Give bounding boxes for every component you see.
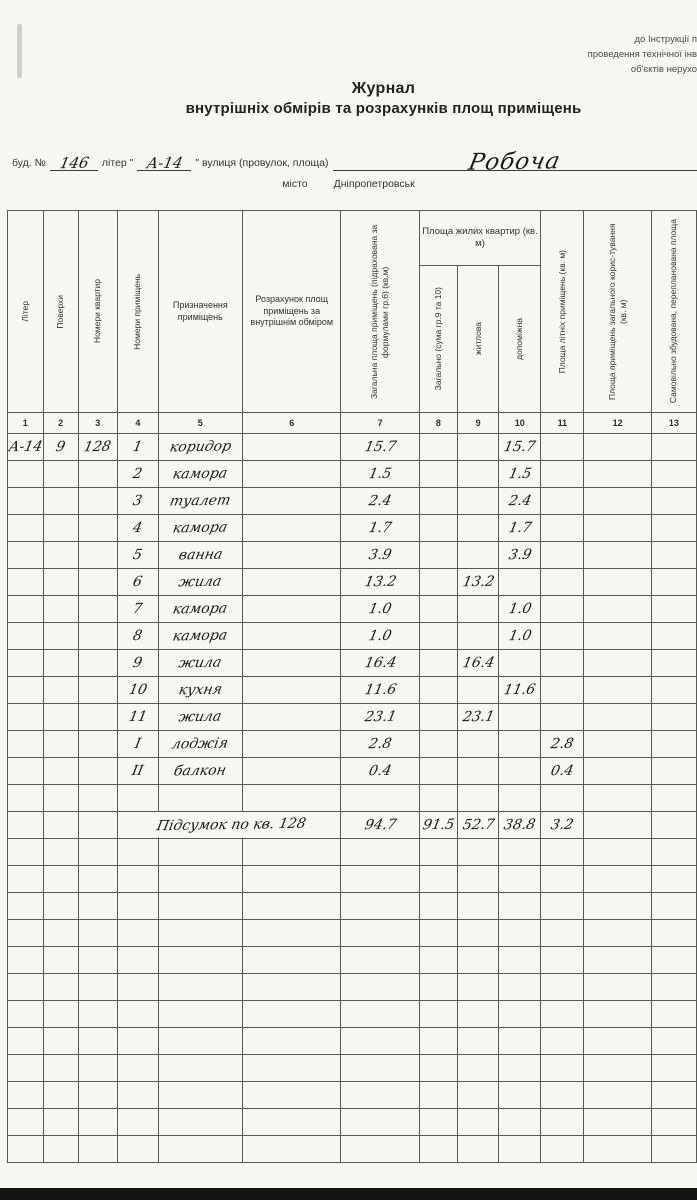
table-cell [78, 596, 117, 623]
table-cell [43, 1028, 78, 1055]
table-cell [118, 785, 159, 812]
table-cell [8, 677, 44, 704]
table-cell [243, 893, 341, 920]
table-cell [499, 920, 541, 947]
table-cell [457, 488, 498, 515]
table-cell: 23.1 [341, 704, 419, 731]
table-cell [243, 1082, 341, 1109]
table-cell: 3 [118, 488, 159, 515]
table-cell: 9 [43, 434, 78, 461]
table-cell [541, 434, 584, 461]
table-cell [78, 623, 117, 650]
table-row: 4камора1.71.7 [8, 515, 697, 542]
table-cell [419, 758, 457, 785]
table-cell [457, 596, 498, 623]
table-cell: 11 [118, 704, 159, 731]
table-cell [499, 1109, 541, 1136]
handwritten-value: 23.1 [461, 709, 495, 726]
table-cell [243, 785, 341, 812]
table-cell [43, 1109, 78, 1136]
handwritten-value: 0.4 [367, 763, 392, 779]
table-cell [118, 1109, 159, 1136]
table-cell [584, 947, 651, 974]
handwritten-value: 128 [83, 439, 113, 455]
column-group-header: Площа жилих квартир (кв. м) [419, 211, 540, 266]
blank-row [8, 947, 697, 974]
table-cell [419, 542, 457, 569]
table-cell: І [118, 731, 159, 758]
table-cell [8, 812, 44, 839]
table-cell [419, 947, 457, 974]
table-cell [8, 785, 44, 812]
table-cell [651, 461, 696, 488]
table-cell [158, 1001, 242, 1028]
table-cell [341, 947, 419, 974]
table-cell [499, 758, 541, 785]
table-cell [584, 920, 651, 947]
table-cell [419, 731, 457, 758]
table-cell [499, 1136, 541, 1163]
table-cell [419, 569, 457, 596]
table-cell [158, 920, 242, 947]
column-number-11: 11 [541, 413, 584, 434]
table-cell: 3.9 [499, 542, 541, 569]
table-cell [419, 839, 457, 866]
table-cell [243, 866, 341, 893]
table-cell [651, 542, 696, 569]
table-cell [584, 596, 651, 623]
table-cell [584, 515, 651, 542]
table-cell: 9 [118, 650, 159, 677]
table-cell: 8 [118, 623, 159, 650]
table-cell [499, 947, 541, 974]
table-cell [457, 758, 498, 785]
column-header-9: житлова [457, 266, 498, 413]
table-cell: 2.8 [541, 731, 584, 758]
table-cell [541, 866, 584, 893]
table-row: ІІбалкон0.40.4 [8, 758, 697, 785]
table-cell [651, 920, 696, 947]
handwritten-value: 1.0 [367, 601, 392, 617]
handwritten-value: 16.4 [363, 655, 397, 672]
handwritten-value: коридор [168, 438, 232, 455]
table-cell [419, 785, 457, 812]
table-cell [419, 1001, 457, 1028]
table-cell [158, 974, 242, 1001]
column-header-10: допоміжна [499, 266, 541, 413]
table-row: 3туалет2.42.4 [8, 488, 697, 515]
column-header-1: Літер [8, 211, 44, 413]
column-number-4: 4 [118, 413, 159, 434]
table-cell [457, 677, 498, 704]
table-cell [43, 569, 78, 596]
table-cell [584, 866, 651, 893]
table-cell [118, 1082, 159, 1109]
table-cell [457, 1082, 498, 1109]
table-cell [541, 596, 584, 623]
table-cell [158, 1136, 242, 1163]
table-row: 7камора1.01.0 [8, 596, 697, 623]
table-cell: 6 [118, 569, 159, 596]
blank-row [8, 893, 697, 920]
table-cell [118, 893, 159, 920]
table-cell: 23.1 [457, 704, 498, 731]
table-cell [419, 704, 457, 731]
table-cell: коридор [158, 434, 242, 461]
table-cell [541, 542, 584, 569]
column-header-label-11: Площа літніх приміщень (кв. м) [557, 250, 568, 373]
handwritten-value: 11.6 [503, 682, 537, 699]
handwritten-value: 2.8 [550, 736, 575, 752]
table-cell: 11.6 [499, 677, 541, 704]
handwritten-value: 0.4 [550, 763, 575, 779]
table-cell [8, 1136, 44, 1163]
table-row: Ілоджія2.82.8 [8, 731, 697, 758]
table-cell [78, 758, 117, 785]
handwritten-value: 1.0 [367, 628, 392, 644]
table-cell: 38.8 [499, 812, 541, 839]
table-cell [341, 974, 419, 1001]
table-cell [499, 731, 541, 758]
column-header-11: Площа літніх приміщень (кв. м) [541, 211, 584, 413]
column-header-label-6: Розрахунок площ приміщень за внутрішнім … [243, 292, 340, 331]
table-cell [651, 731, 696, 758]
table-cell [78, 920, 117, 947]
table-cell [243, 1109, 341, 1136]
table-cell [78, 1001, 117, 1028]
table-cell [78, 839, 117, 866]
table-cell [341, 1136, 419, 1163]
table-cell [584, 839, 651, 866]
table-cell [243, 623, 341, 650]
table-cell [651, 1109, 696, 1136]
table-cell [541, 623, 584, 650]
table-cell [584, 461, 651, 488]
table-cell [541, 920, 584, 947]
liter-label: літер " [98, 157, 137, 171]
table-cell [243, 758, 341, 785]
table-cell: жила [158, 704, 242, 731]
table-cell [43, 542, 78, 569]
table-cell [499, 785, 541, 812]
handwritten-value: 10 [127, 682, 148, 698]
handwritten-value: камора [172, 466, 229, 483]
summary-label-text: Підсумок по кв. 128 [152, 816, 307, 835]
table-cell [118, 1136, 159, 1163]
table-cell [457, 1001, 498, 1028]
building-number-label: буд. № [8, 157, 50, 171]
table-cell [541, 650, 584, 677]
table-cell [243, 920, 341, 947]
table-cell [243, 1055, 341, 1082]
table-cell: 15.7 [341, 434, 419, 461]
table-cell [457, 866, 498, 893]
table-cell: камора [158, 461, 242, 488]
column-number-5: 5 [158, 413, 242, 434]
table-cell: 1.0 [499, 623, 541, 650]
table-cell [651, 596, 696, 623]
table-cell: жила [158, 569, 242, 596]
table-cell [457, 434, 498, 461]
table-cell: 13.2 [457, 569, 498, 596]
liter-field: А-14 [137, 152, 191, 171]
column-header-3: Номери квартир [78, 211, 117, 413]
table-cell [341, 893, 419, 920]
table-cell [158, 1082, 242, 1109]
table-cell [457, 947, 498, 974]
table-cell [8, 569, 44, 596]
table-cell [43, 866, 78, 893]
street-value: Робоча [466, 148, 563, 176]
summary-label: Підсумок по кв. 128 [118, 812, 341, 839]
handwritten-value: 91.5 [421, 817, 455, 834]
table-cell [457, 893, 498, 920]
table-cell [243, 515, 341, 542]
handwritten-value: 1.7 [507, 520, 532, 536]
table-cell: 3.9 [341, 542, 419, 569]
table-cell [43, 1082, 78, 1109]
table-cell [118, 920, 159, 947]
column-header-label-7: Загальна площа приміщень (підрахована за… [369, 218, 391, 406]
handwritten-value: 11.6 [363, 682, 397, 699]
table-cell [341, 1082, 419, 1109]
table-cell [457, 1028, 498, 1055]
table-cell [499, 839, 541, 866]
handwritten-value: 2.4 [367, 493, 392, 509]
column-number-1: 1 [8, 413, 44, 434]
table-cell [43, 1055, 78, 1082]
column-number-10: 10 [499, 413, 541, 434]
table-cell [8, 1109, 44, 1136]
table-cell [651, 650, 696, 677]
table-cell [457, 1136, 498, 1163]
table-cell [8, 731, 44, 758]
column-header-label-10: допоміжна [514, 318, 525, 360]
table-cell [651, 839, 696, 866]
table-cell [541, 974, 584, 1001]
blank-row [8, 785, 697, 812]
table-cell [584, 488, 651, 515]
handwritten-value: ІІ [131, 763, 145, 779]
column-header-label-13: Самовільно збудована, перепланована площ… [668, 219, 679, 403]
table-cell: 1.5 [341, 461, 419, 488]
column-number-3: 3 [78, 413, 117, 434]
handwritten-value: 9 [55, 439, 67, 455]
table-cell [8, 893, 44, 920]
table-cell [158, 866, 242, 893]
column-number-12: 12 [584, 413, 651, 434]
table-cell [78, 1028, 117, 1055]
handwritten-value: 3.2 [550, 817, 575, 833]
city-line: містоДніпропетровськ [0, 178, 697, 190]
handwritten-value: 52.7 [461, 817, 495, 834]
table-cell [43, 650, 78, 677]
blank-row [8, 920, 697, 947]
table-cell [457, 542, 498, 569]
table-cell [499, 866, 541, 893]
table-cell [8, 866, 44, 893]
handwritten-value: 2.4 [507, 493, 532, 509]
table-cell [584, 1109, 651, 1136]
table-cell [341, 1109, 419, 1136]
blank-row [8, 1109, 697, 1136]
handwritten-value: 6 [132, 574, 144, 590]
handwritten-value: 11 [127, 709, 148, 725]
table-cell [419, 866, 457, 893]
table-cell [158, 1109, 242, 1136]
table-cell [419, 1055, 457, 1082]
table-cell [243, 488, 341, 515]
handwritten-value: кухня [177, 682, 223, 699]
table-cell [541, 893, 584, 920]
table-cell [457, 839, 498, 866]
table-cell [43, 839, 78, 866]
table-cell [243, 731, 341, 758]
table-cell [341, 785, 419, 812]
column-header-label-1: Літер [20, 301, 31, 322]
handwritten-value: 1.7 [367, 520, 392, 536]
table-cell [43, 920, 78, 947]
column-number-9: 9 [457, 413, 498, 434]
table-cell [78, 488, 117, 515]
table-cell [243, 1136, 341, 1163]
table-cell [584, 542, 651, 569]
table-cell [457, 623, 498, 650]
handwritten-value: 4 [132, 520, 144, 536]
handwritten-value: І [133, 736, 142, 752]
liter-value: А-14 [145, 154, 184, 173]
table-cell [43, 704, 78, 731]
table-cell [243, 1001, 341, 1028]
table-cell [419, 1136, 457, 1163]
document-title-line-2: внутрішніх обмірів та розрахунків площ п… [70, 100, 697, 117]
table-cell [243, 569, 341, 596]
table-cell [78, 812, 117, 839]
column-number-2: 2 [43, 413, 78, 434]
column-header-label-4: Номери приміщень [132, 274, 143, 350]
column-group-header-label: Площа жилих квартир (кв. м) [420, 224, 540, 253]
handwritten-value: А-14 [7, 439, 43, 456]
table-cell [118, 839, 159, 866]
handwritten-value: 1.0 [507, 628, 532, 644]
table-cell [43, 758, 78, 785]
blank-row [8, 1082, 697, 1109]
table-cell [78, 785, 117, 812]
table-cell [8, 1028, 44, 1055]
table-cell [499, 650, 541, 677]
table-cell [419, 623, 457, 650]
table-cell [584, 1001, 651, 1028]
city-value: Дніпропетровськ [334, 178, 415, 190]
table-cell: балкон [158, 758, 242, 785]
table-cell [341, 920, 419, 947]
table-cell [43, 947, 78, 974]
table-cell: ІІ [118, 758, 159, 785]
table-cell [78, 866, 117, 893]
table-cell: А-14 [8, 434, 44, 461]
table-cell [118, 974, 159, 1001]
column-header-label-5: Призначення приміщень [159, 298, 242, 325]
building-number-field: 146 [50, 152, 98, 171]
scanned-form-page: до Інструкції п проведення технічної інв… [0, 0, 697, 1200]
column-number-7: 7 [341, 413, 419, 434]
handwritten-value: камора [172, 628, 229, 645]
table-cell: 1.0 [341, 596, 419, 623]
handwritten-value: 1.5 [507, 466, 532, 482]
table-cell: 0.4 [341, 758, 419, 785]
table-cell: кухня [158, 677, 242, 704]
table-cell [78, 731, 117, 758]
table-cell: туалет [158, 488, 242, 515]
table-row: 11жила23.123.1 [8, 704, 697, 731]
table-cell [584, 569, 651, 596]
table-cell [341, 866, 419, 893]
table-cell [8, 650, 44, 677]
table-cell [584, 704, 651, 731]
column-header-13: Самовільно збудована, перепланована площ… [651, 211, 696, 413]
table-cell [243, 650, 341, 677]
table-cell [457, 515, 498, 542]
table-cell [43, 731, 78, 758]
table-cell [78, 542, 117, 569]
table-cell [651, 1028, 696, 1055]
table-cell [457, 461, 498, 488]
handwritten-value: 23.1 [363, 709, 397, 726]
table-cell [457, 731, 498, 758]
table-cell [651, 785, 696, 812]
table-cell [341, 839, 419, 866]
table-cell [499, 704, 541, 731]
column-header-label-3: Номери квартир [92, 279, 103, 343]
handwritten-value: 1.0 [507, 601, 532, 617]
table-cell [651, 1055, 696, 1082]
table-cell: жила [158, 650, 242, 677]
table-cell [499, 1082, 541, 1109]
column-header-label-2: Поверхи [55, 295, 66, 329]
table-cell: 2.8 [341, 731, 419, 758]
table-cell [243, 596, 341, 623]
table-cell [541, 1109, 584, 1136]
table-cell [584, 893, 651, 920]
table-cell [541, 947, 584, 974]
handwritten-value: 7 [132, 601, 144, 617]
handwritten-value: 15.7 [363, 439, 397, 456]
column-header-12: Площа приміщень загального корис-тування… [584, 211, 651, 413]
table-cell [78, 677, 117, 704]
blank-row [8, 974, 697, 1001]
handwritten-value: 8 [132, 628, 144, 644]
table-cell [541, 1001, 584, 1028]
building-number-value: 146 [58, 154, 90, 172]
column-header-label-9: житлова [473, 322, 484, 355]
table-cell [457, 974, 498, 1001]
table-cell [158, 947, 242, 974]
street-field: Робоча [333, 144, 697, 171]
table-cell [8, 1001, 44, 1028]
table-cell [419, 650, 457, 677]
table-cell [584, 1082, 651, 1109]
table-cell: 10 [118, 677, 159, 704]
city-label: місто [282, 178, 307, 190]
handwritten-value: туалет [169, 492, 233, 509]
table-cell [419, 434, 457, 461]
table-cell [651, 488, 696, 515]
table-cell: 2 [118, 461, 159, 488]
table-cell [584, 974, 651, 1001]
column-header-7: Загальна площа приміщень (підрахована за… [341, 211, 419, 413]
table-cell [243, 704, 341, 731]
table-cell [419, 1082, 457, 1109]
